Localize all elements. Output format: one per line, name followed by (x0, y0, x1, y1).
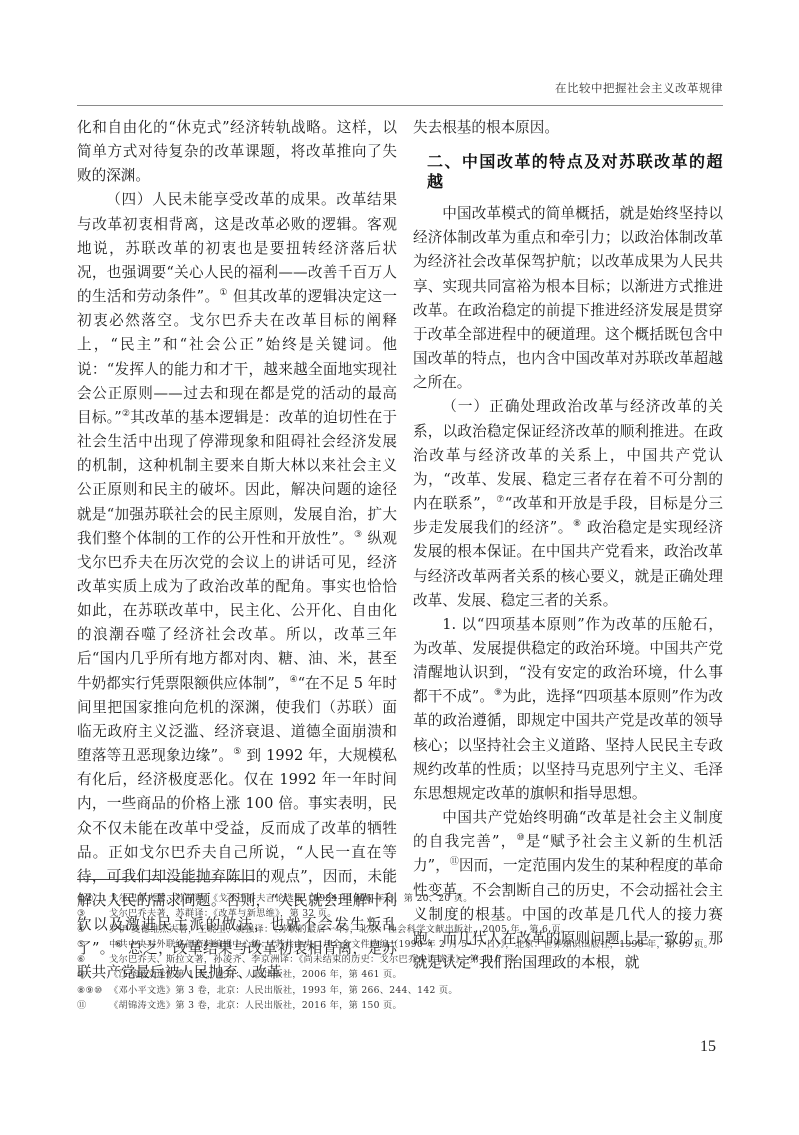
left-column: 化和自由化的“休克式”经济转轨战略。这样，以简单方式对待复杂的改革课题，将改革推… (77, 116, 397, 986)
footnote-item: ⑧⑨⑩《邓小平文选》第 3 卷，北京：人民出版社，1993 年，第 266、24… (77, 983, 737, 998)
footnote-item: ①②戈尔巴乔夫著，苏群译：《戈尔巴乔夫言论选集（1984—1986 年）》，第 … (77, 891, 737, 906)
footnote-text: 戈尔巴乔夫、斯拉文著，孙凌齐、李京洲译：《尚未结束的历史：戈尔巴乔夫访谈录》，第… (109, 954, 523, 965)
footnote-reference: ⑪ (450, 858, 459, 868)
footnote-mark: ⑤ (77, 937, 109, 952)
footnote-reference: ② (122, 409, 131, 419)
footnote-reference: ⑤ (233, 747, 241, 757)
paragraph: （一）正确处理政治改革与经济改革的关系，以政治稳定保证经济改革的顺利推进。在政治… (413, 395, 723, 612)
footnote-mark: ③ (77, 906, 109, 921)
footnote-text: 《邓小平文选》第 3 卷，北京：人民出版社，1993 年，第 266、244、1… (109, 985, 458, 996)
footnote-item: ③戈尔巴乔夫著，苏群译：《改革与新思维》，第 32 页。 (77, 906, 737, 921)
footnote-mark: ⑧⑨⑩ (77, 983, 109, 998)
footnote-mark: ⑪ (77, 998, 109, 1013)
footnote-item: ⑥戈尔巴乔夫、斯拉文著，孙凌齐、李京洲译：《尚未结束的历史：戈尔巴乔夫访谈录》，… (77, 952, 737, 967)
page-number: 15 (700, 1038, 716, 1056)
footnote-reference: ⑧ (573, 519, 582, 529)
footnote-mark: ⑦ (77, 967, 109, 982)
footnote-item: ④罗伊·麦德维杰夫著，王晓玉、姚强译：《苏联的最后一年》，北京：社会科学文献出版… (77, 922, 737, 937)
header-rule (77, 105, 723, 106)
footnote-reference: ⑩ (517, 833, 526, 843)
section-heading: 二、中国改革的特点及对苏联改革的超越 (413, 152, 723, 192)
footnote-mark: ①② (77, 891, 109, 906)
footnote-reference: ⑦ (496, 495, 505, 505)
footnote-item: ⑦《江泽民文选》第 1 卷，北京：人民出版社，2006 年，第 461 页。 (77, 967, 737, 982)
footnote-text: 戈尔巴乔夫著，苏群译：《戈尔巴乔夫言论选集（1984—1986 年）》，第 20… (109, 893, 473, 904)
footnote-item: ⑪《胡锦涛文选》第 3 卷，北京：人民出版社，2016 年，第 150 页。 (77, 998, 737, 1013)
paragraph-continuation: 失去根基的根本原因。 (413, 116, 723, 140)
footnote-reference: ④ (290, 675, 298, 685)
footnote-mark: ⑥ (77, 952, 109, 967)
footnote-item: ⑤中共中央对外联络部资料编辑中心编：《苏共中央二月全会文件选编（1990 年 2… (77, 937, 737, 952)
footnote-text: 戈尔巴乔夫著，苏群译：《改革与新思维》，第 32 页。 (109, 908, 337, 919)
running-header: 在比较中把握社会主义改革规律 (77, 80, 723, 96)
footnotes: ①②戈尔巴乔夫著，苏群译：《戈尔巴乔夫言论选集（1984—1986 年）》，第 … (77, 891, 737, 1013)
paragraph: 中国改革模式的简单概括，就是始终坚持以经济体制改革为重点和牵引力；以政治体制改革… (413, 202, 723, 395)
footnote-text: 罗伊·麦德维杰夫著，王晓玉、姚强译：《苏联的最后一年》，北京：社会科学文献出版社… (109, 924, 570, 935)
footnote-reference: ① (219, 288, 227, 298)
footnote-text: 中共中央对外联络部资料编辑中心编：《苏共中央二月全会文件选编（1990 年 2 … (109, 939, 713, 950)
footnote-mark: ④ (77, 922, 109, 937)
footnote-text: 《胡锦涛文选》第 3 卷，北京：人民出版社，2016 年，第 150 页。 (109, 1000, 402, 1011)
right-column: 失去根基的根本原因。 二、中国改革的特点及对苏联改革的超越 中国改革模式的简单概… (413, 116, 723, 975)
footnote-text: 《江泽民文选》第 1 卷，北京：人民出版社，2006 年，第 461 页。 (109, 969, 402, 980)
footnote-reference: ⑨ (494, 688, 502, 698)
paragraph: （四）人民未能享受改革的成果。改革结果与改革初衷相背离，这是改革必败的逻辑。客观… (77, 188, 397, 985)
paragraph: 化和自由化的“休克式”经济转轨战略。这样，以简单方式对待复杂的改革课题，将改革推… (77, 116, 397, 188)
footnote-rule (77, 879, 255, 880)
paragraph: 1. 以“四项基本原则”作为改革的压舱石，为改革、发展提供稳定的政治环境。中国共… (413, 613, 723, 806)
footnote-reference: ③ (354, 530, 362, 540)
